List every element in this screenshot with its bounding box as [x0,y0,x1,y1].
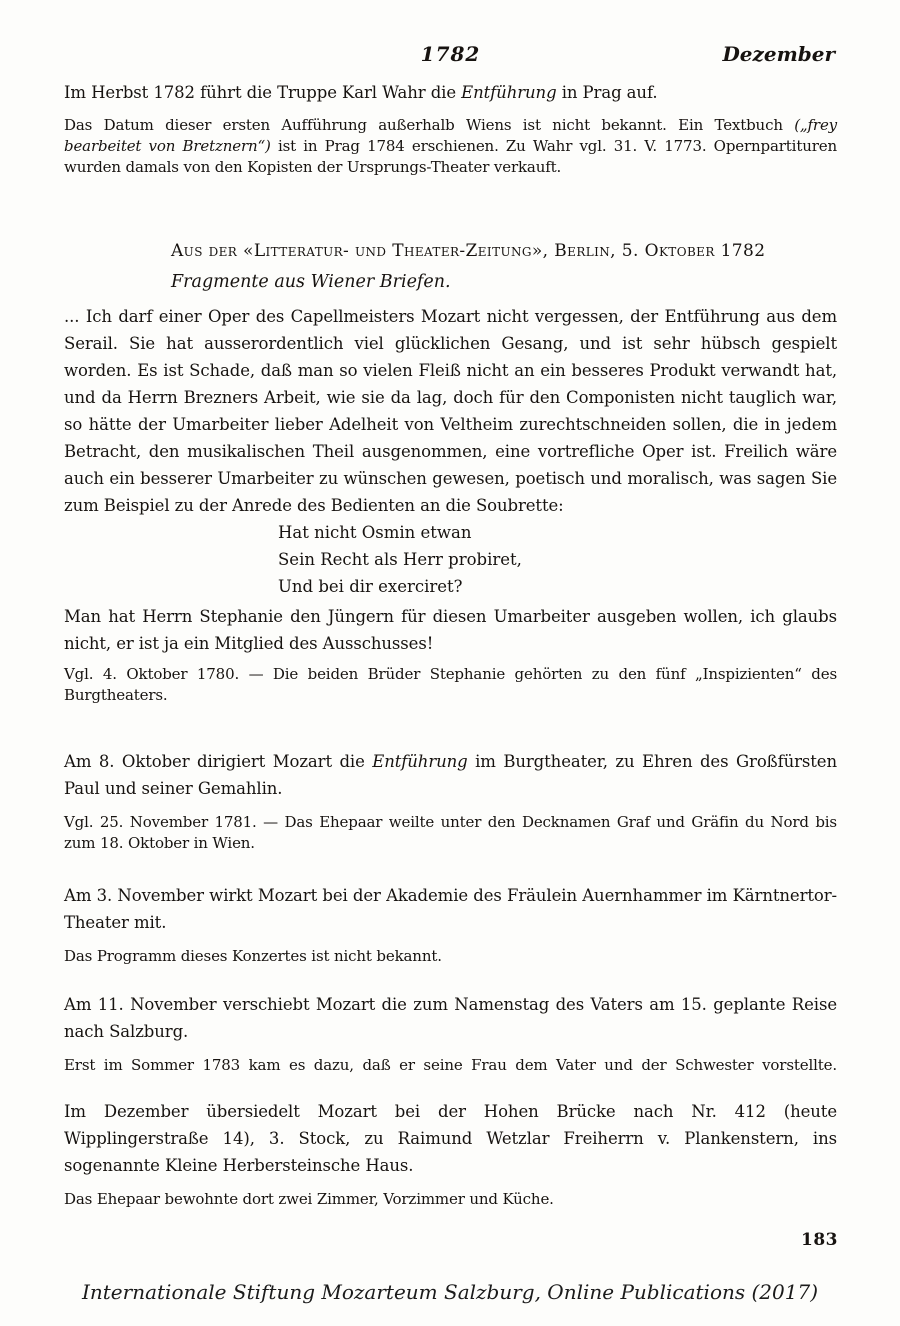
verse-block: Hat nicht Osmin etwan Sein Recht als Her… [278,519,837,600]
entry-burgtheater-text-start: Am 8. Oktober dirigiert Mozart die [64,752,372,771]
quote-paragraph-2: Man hat Herrn Stephanie den Jüngern für … [64,603,837,657]
entry-prag-text-end: in Prag auf. [557,83,658,102]
document-page: 1782 Dezember Im Herbst 1782 führt die T… [0,0,900,1326]
entry-burgtheater-work-title: Entführung [372,752,467,771]
running-head: 1782 Dezember [64,42,837,64]
entry-prag-commentary-start: Das Datum dieser ersten Aufführung außer… [64,116,794,134]
page-number: 183 [801,1230,838,1250]
source-heading: Aus der «Litteratur- und Theater-Zeitung… [171,238,837,264]
entry-reise-commentary: Erst im Sommer 1783 kam es dazu, daß er … [64,1055,837,1076]
footer-credit: Internationale Stiftung Mozarteum Salzbu… [0,1280,900,1304]
entry-prag-text-start: Im Herbst 1782 führt die Truppe Karl Wah… [64,83,461,102]
entry-umzug-statement: Im Dezember übersiedelt Mozart bei der H… [64,1098,837,1179]
quote-paragraph-1: ... Ich darf einer Oper des Capellmeiste… [64,303,837,519]
entry-prag-work-title: Entführung [461,83,556,102]
verse-line-3: Und bei dir exerciret? [278,573,837,600]
entry-prag-commentary: Das Datum dieser ersten Aufführung außer… [64,115,837,178]
quote-commentary: Vgl. 4. Oktober 1780. — Die beiden Brüde… [64,664,837,706]
verse-line-2: Sein Recht als Herr probiret, [278,546,837,573]
entry-prag-statement: Im Herbst 1782 führt die Truppe Karl Wah… [64,79,837,106]
entry-burgtheater-commentary: Vgl. 25. November 1781. — Das Ehepaar we… [64,812,837,854]
entry-umzug-commentary: Das Ehepaar bewohnte dort zwei Zimmer, V… [64,1189,837,1210]
entry-akademie-commentary: Das Programm dieses Konzertes ist nicht … [64,946,837,967]
running-head-month: Dezember [722,42,835,66]
verse-line-1: Hat nicht Osmin etwan [278,519,837,546]
source-subheading: Fragmente aus Wiener Briefen. [171,269,837,295]
entry-reise-statement: Am 11. November verschiebt Mozart die zu… [64,991,837,1045]
entry-akademie-statement: Am 3. November wirkt Mozart bei der Akad… [64,882,837,936]
entry-burgtheater-statement: Am 8. Oktober dirigiert Mozart die Entfü… [64,748,837,802]
